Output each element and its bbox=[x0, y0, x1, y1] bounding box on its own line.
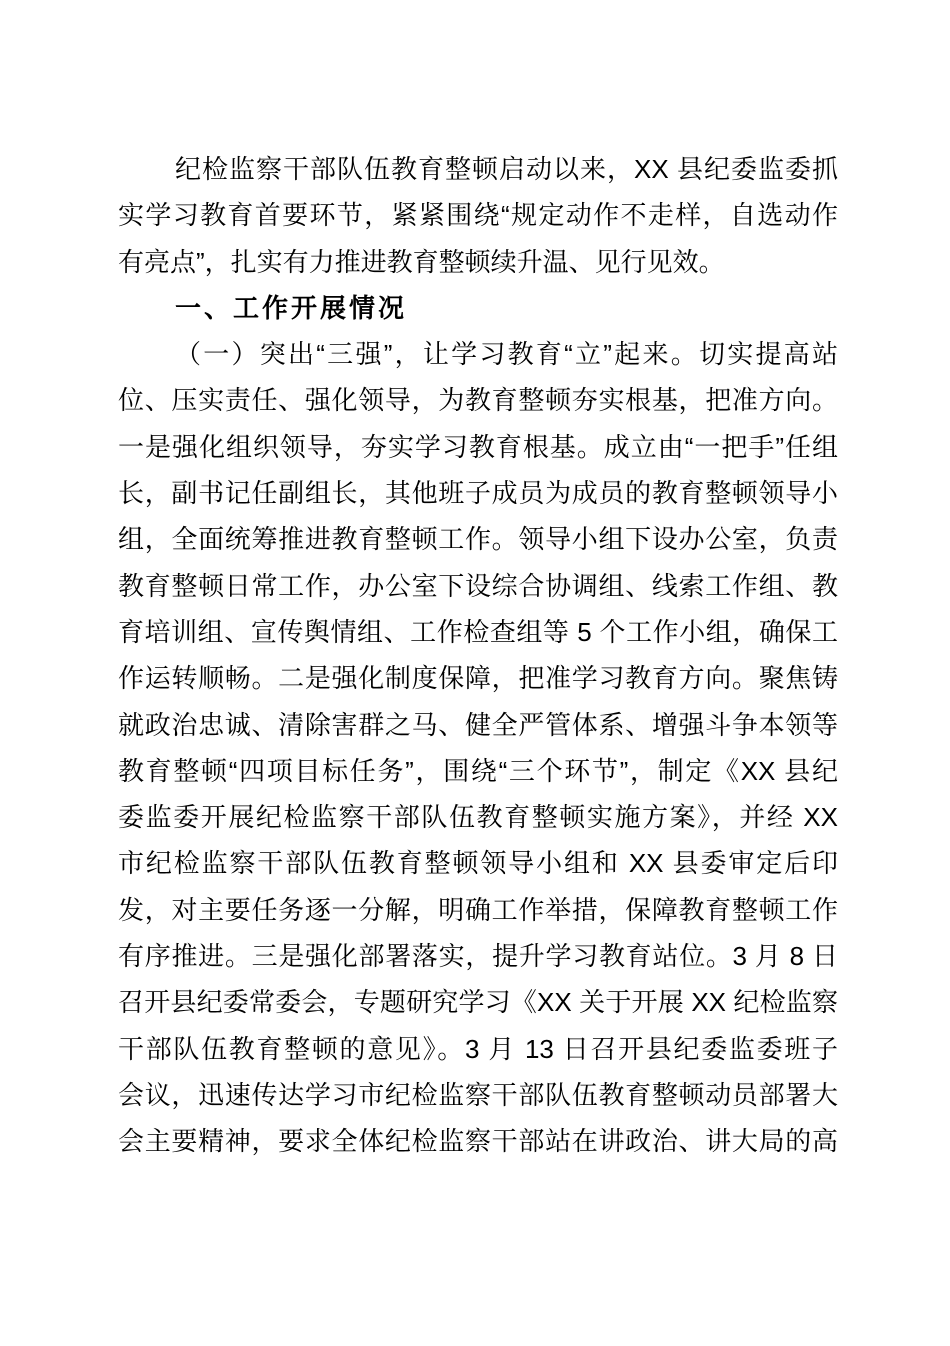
document-line: 会主要精神，要求全体纪检监察干部站在讲政治、讲大局的高 bbox=[118, 1118, 838, 1164]
document-line: 教育整顿“四项目标任务”，围绕“三个环节”，制定《XX 县纪 bbox=[118, 748, 838, 794]
document-page: 纪检监察干部队伍教育整顿启动以来，XX 县纪委监委抓 实学习教育首要环节，紧紧围… bbox=[0, 0, 950, 1346]
document-line: 一是强化组织领导，夯实学习教育根基。成立由“一把手”任组 bbox=[118, 424, 838, 470]
document-line: 有序推进。三是强化部署落实，提升学习教育站位。3 月 8 日 bbox=[118, 933, 838, 979]
document-line: （一）突出“三强”，让学习教育“立”起来。切实提高站 bbox=[118, 331, 838, 377]
document-line: 组，全面统筹推进教育整顿工作。领导小组下设办公室，负责 bbox=[118, 516, 838, 562]
document-line: 纪检监察干部队伍教育整顿启动以来，XX 县纪委监委抓 bbox=[118, 146, 838, 192]
document-line: 作运转顺畅。二是强化制度保障，把准学习教育方向。聚焦铸 bbox=[118, 655, 838, 701]
document-line: 委监委开展纪检监察干部队伍教育整顿实施方案》，并经 XX bbox=[118, 794, 838, 840]
document-line: 就政治忠诚、清除害群之马、健全严管体系、增强斗争本领等 bbox=[118, 702, 838, 748]
document-line: 育培训组、宣传舆情组、工作检查组等 5 个工作小组，确保工 bbox=[118, 609, 838, 655]
document-line: 有亮点”，扎实有力推进教育整顿续升温、见行见效。 bbox=[118, 239, 838, 285]
document-line: 召开县纪委常委会，专题研究学习《XX 关于开展 XX 纪检监察 bbox=[118, 979, 838, 1025]
document-line: 位、压实责任、强化领导，为教育整顿夯实根基，把准方向。 bbox=[118, 377, 838, 423]
document-line: 教育整顿日常工作，办公室下设综合协调组、线索工作组、教 bbox=[118, 563, 838, 609]
document-text-block: 纪检监察干部队伍教育整顿启动以来，XX 县纪委监委抓 实学习教育首要环节，紧紧围… bbox=[118, 146, 838, 1165]
document-line: 实学习教育首要环节，紧紧围绕“规定动作不走样，自选动作 bbox=[118, 192, 838, 238]
document-line: 长，副书记任副组长，其他班子成员为成员的教育整顿领导小 bbox=[118, 470, 838, 516]
document-line: 干部队伍教育整顿的意见》。3 月 13 日召开县纪委监委班子 bbox=[118, 1026, 838, 1072]
document-line: 会议，迅速传达学习市纪检监察干部队伍教育整顿动员部署大 bbox=[118, 1072, 838, 1118]
section-heading: 一、工作开展情况 bbox=[118, 285, 838, 331]
document-line: 发，对主要任务逐一分解，明确工作举措，保障教育整顿工作 bbox=[118, 887, 838, 933]
document-line: 市纪检监察干部队伍教育整顿领导小组和 XX 县委审定后印 bbox=[118, 840, 838, 886]
